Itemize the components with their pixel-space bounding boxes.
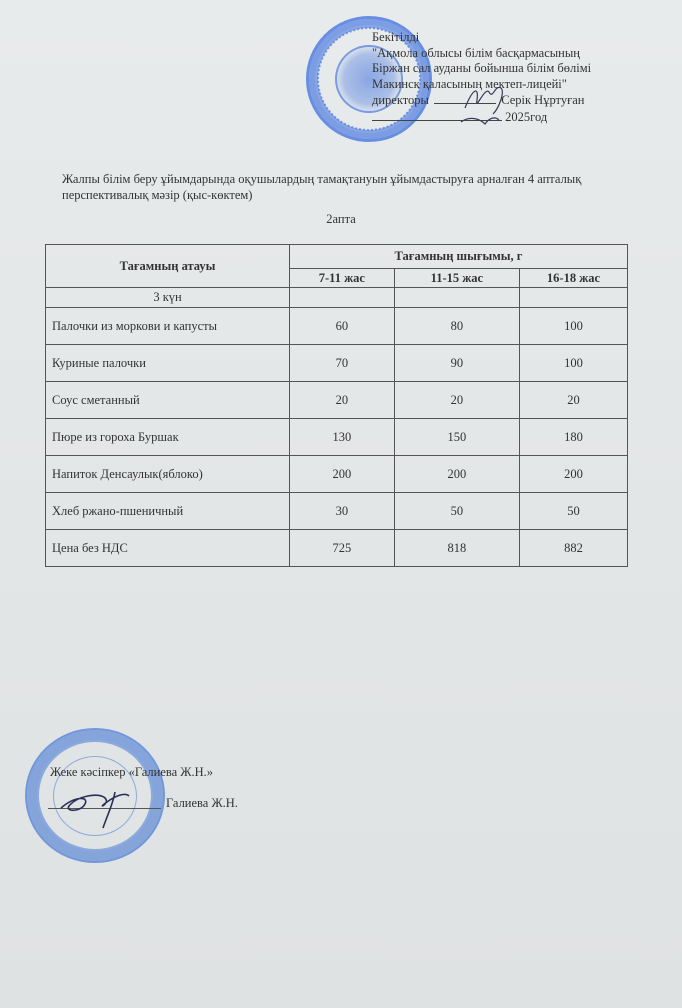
yield-7-11: 60 [290,308,395,345]
table-row: Куриные палочки 70 90 100 [46,345,628,382]
approval-block: Бекітілді "Ақмола облысы білім басқармас… [372,30,672,125]
table-row: Хлеб ржано-пшеничный 30 50 50 [46,493,628,530]
yield-16-18: 100 [520,345,628,382]
yield-16-18: 180 [520,419,628,456]
signer-name: Галиева Ж.Н. [166,796,238,811]
yield-11-15: 150 [394,419,519,456]
yield-16-18: 50 [520,493,628,530]
approval-heading: Бекітілді [372,30,672,46]
yield-11-15: 80 [394,308,519,345]
yield-11-15: 20 [394,382,519,419]
header-dish-name: Тағамның атауы [46,245,290,288]
yield-11-15: 90 [394,345,519,382]
header-age-7-11: 7-11 жас [290,269,395,288]
document-title: Жалпы білім беру ұйымдарында оқушылардың… [62,171,632,203]
menu-table: Тағамның атауы Тағамның шығымы, г 7-11 ж… [45,244,628,567]
table-row: Соус сметанный 20 20 20 [46,382,628,419]
dish-name: Палочки из моркови и капусты [46,308,290,345]
entrepreneur-label: Жеке кәсіпкер «Галиева Ж.Н.» [50,765,213,780]
empty-cell [394,288,519,308]
document-page: Бекітілді "Ақмола облысы білім басқармас… [0,0,682,1008]
day-row: 3 күн [46,288,628,308]
week-label: 2апта [0,212,682,227]
director-label: директоры [372,93,429,107]
dish-name: Соус сметанный [46,382,290,419]
yield-11-15: 50 [394,493,519,530]
price-label: Цена без НДС [46,530,290,567]
yield-7-11: 30 [290,493,395,530]
yield-7-11: 20 [290,382,395,419]
day-label: 3 күн [46,288,290,308]
price-row: Цена без НДС 725 818 882 [46,530,628,567]
table-row: Напиток Денсаулык(яблоко) 200 200 200 [46,456,628,493]
table-row: Палочки из моркови и капусты 60 80 100 [46,308,628,345]
header-age-11-15: 11-15 жас [394,269,519,288]
price-11-15: 818 [394,530,519,567]
approval-org-line3: Макинск қаласының мектеп-лицейі" [372,77,672,93]
price-7-11: 725 [290,530,395,567]
approval-org-line1: "Ақмола облысы білім басқармасының [372,46,672,62]
yield-11-15: 200 [394,456,519,493]
approval-org-line2: Біржан сал ауданы бойынша білім бөлімі [372,61,672,77]
dish-name: Хлеб ржано-пшеничный [46,493,290,530]
header-yield: Тағамның шығымы, г [290,245,628,269]
approval-director-line: директоры Серік Нұртуған [372,92,672,109]
yield-16-18: 200 [520,456,628,493]
empty-cell [520,288,628,308]
dish-name: Куриные палочки [46,345,290,382]
price-16-18: 882 [520,530,628,567]
entrepreneur-signature [55,782,135,830]
director-signature [455,78,515,128]
yield-7-11: 70 [290,345,395,382]
header-age-16-18: 16-18 жас [520,269,628,288]
dish-name: Напиток Денсаулык(яблоко) [46,456,290,493]
yield-7-11: 130 [290,419,395,456]
empty-cell [290,288,395,308]
dish-name: Пюре из гороха Буршак [46,419,290,456]
yield-16-18: 100 [520,308,628,345]
table-row: Пюре из гороха Буршак 130 150 180 [46,419,628,456]
yield-16-18: 20 [520,382,628,419]
yield-7-11: 200 [290,456,395,493]
approval-date-line: 2025год [372,109,672,126]
